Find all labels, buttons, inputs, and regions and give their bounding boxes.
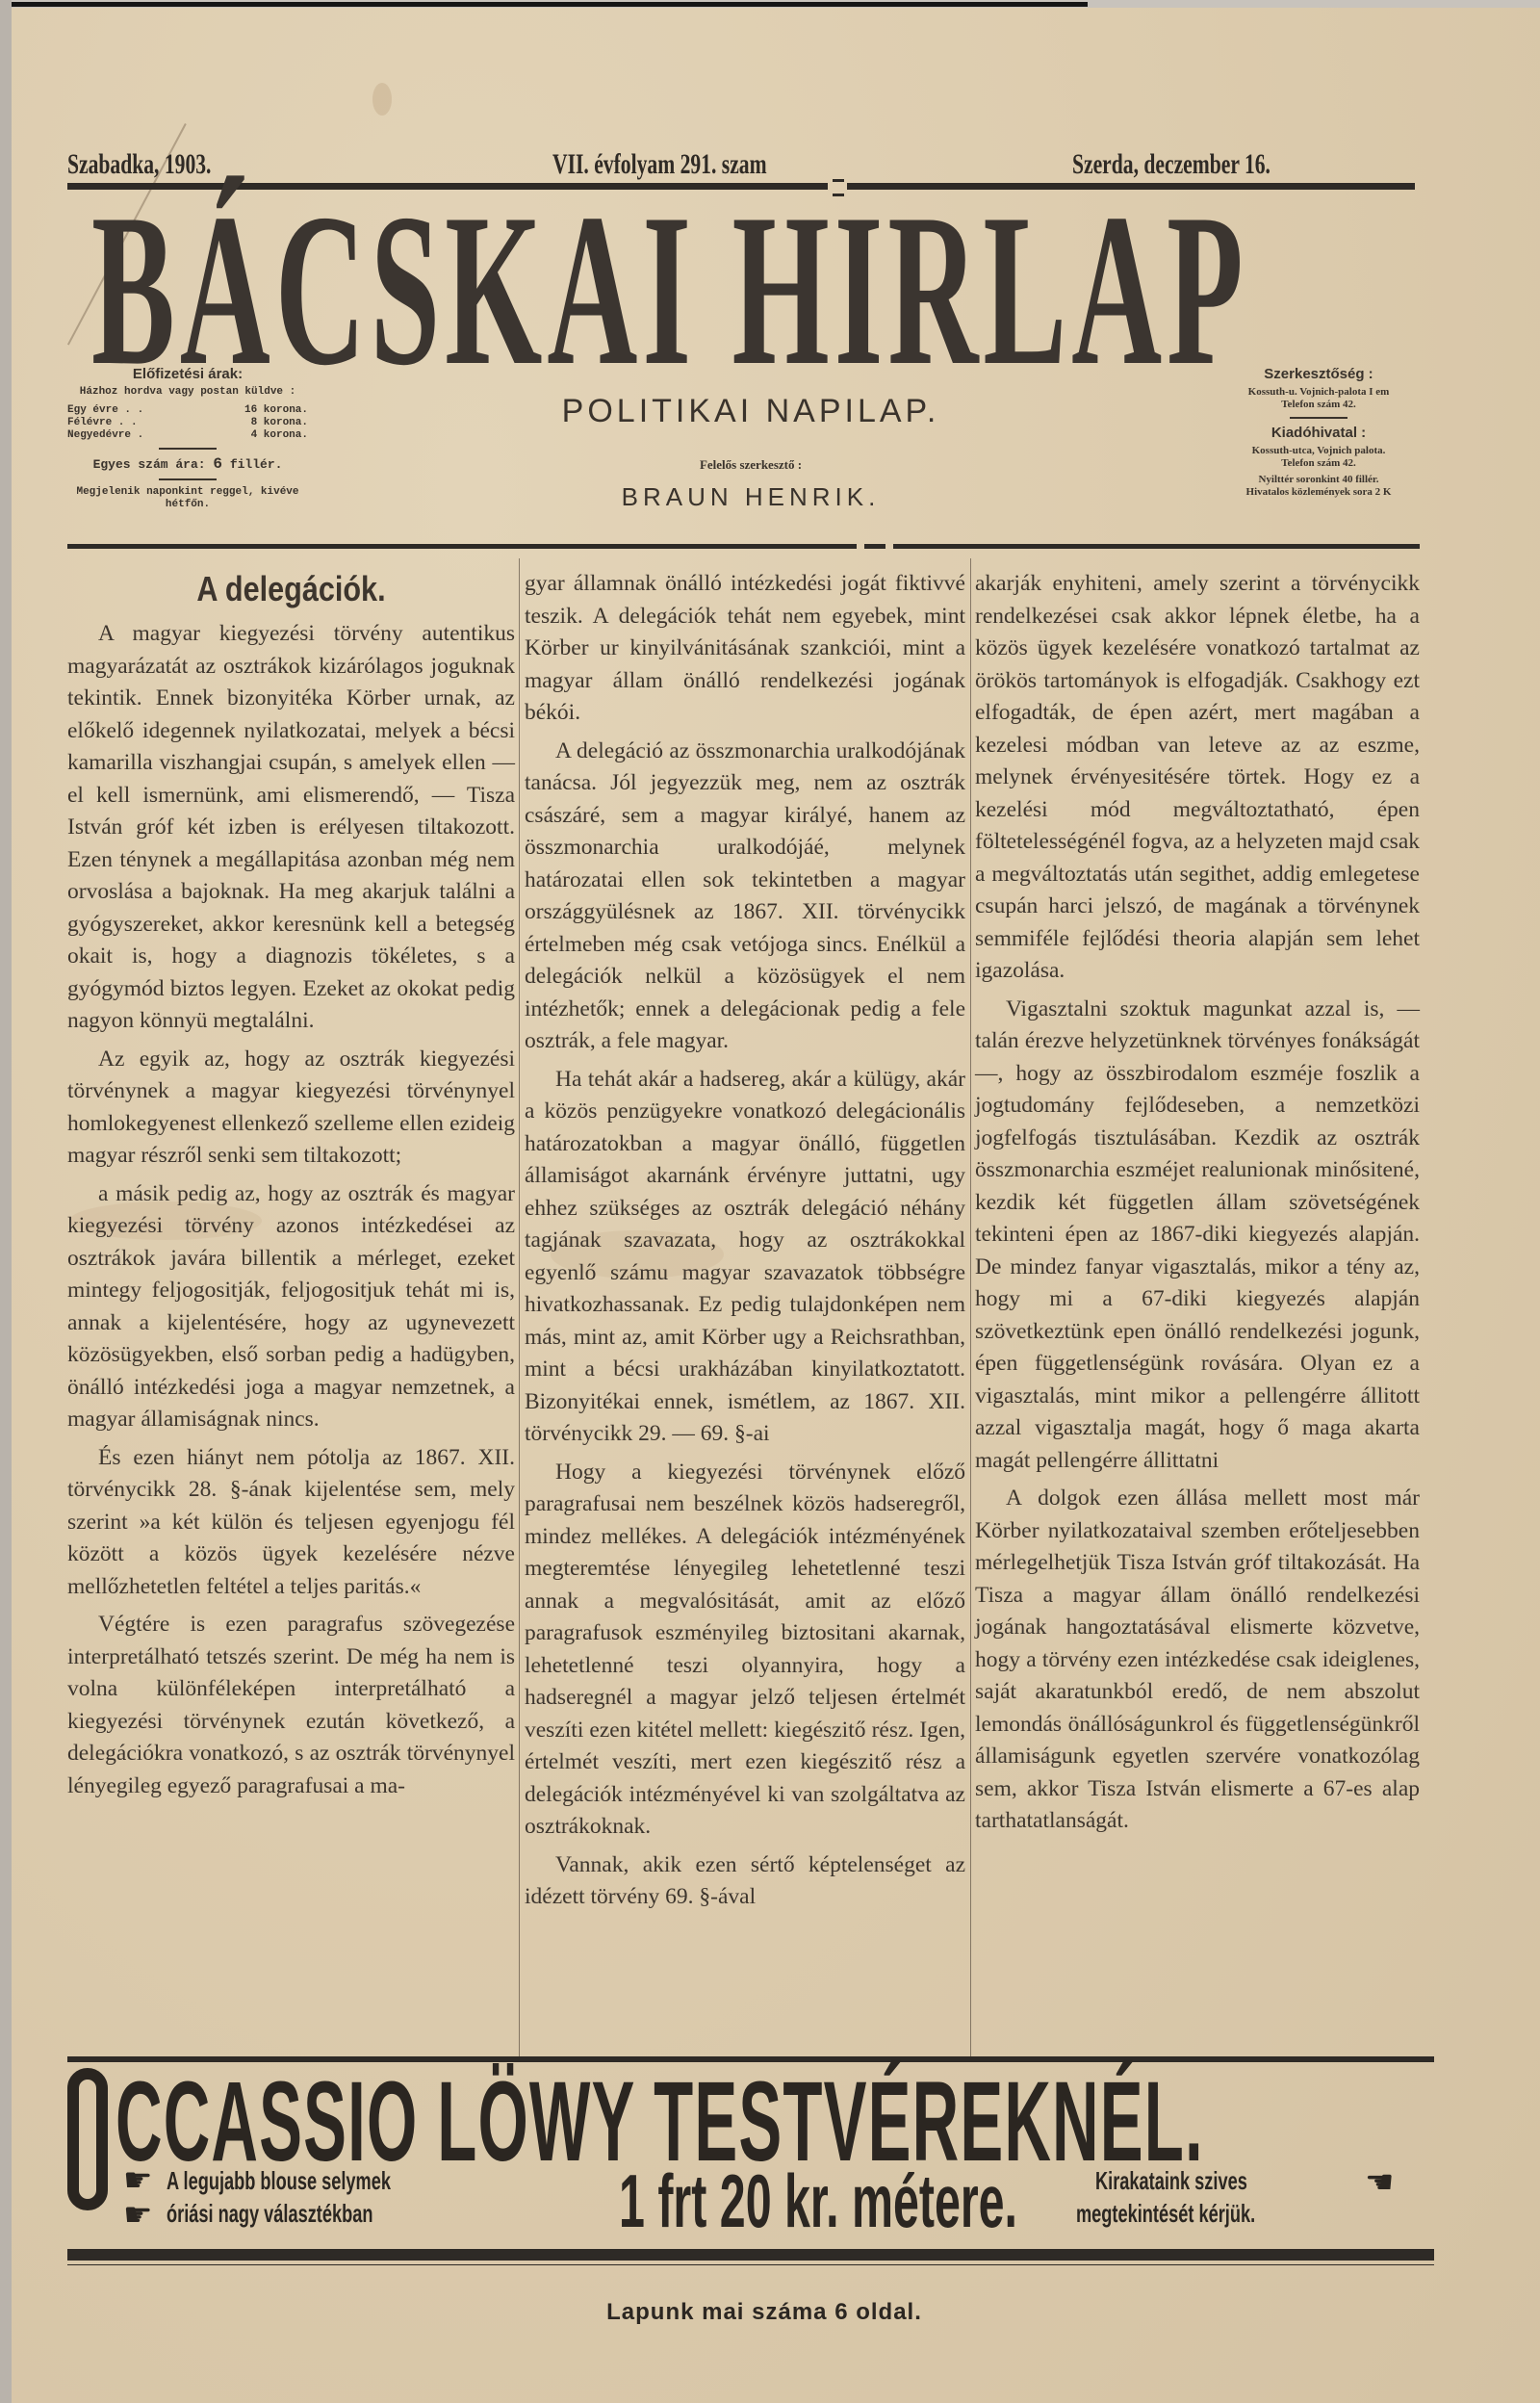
price-row: Félévre . .8 korona. bbox=[67, 417, 308, 429]
article-column-3: akarják enyhiteni, amely szerint a törvé… bbox=[975, 568, 1420, 1844]
publisher-phone: Telefon szám 42. bbox=[1198, 457, 1439, 470]
single-issue-unit: fillér. bbox=[230, 457, 283, 472]
issue-page-count: Lapunk mai száma 6 oldal. bbox=[0, 2299, 1528, 2326]
ad-left-line-1: A legujabb blouse selymek bbox=[167, 2166, 391, 2195]
scan-border-top bbox=[0, 0, 1540, 8]
ad-detail-row: ☛ ☛ A legujabb blouse selymek óriási nag… bbox=[123, 2164, 1432, 2232]
subscription-delivery: Házhoz hordva vagy postan küldve : bbox=[67, 386, 308, 399]
article-paragraph: Hogy a kiegyezési törvénynek előző parag… bbox=[525, 1457, 965, 1844]
ad-price: 1 frt 20 kr. métere. bbox=[619, 2162, 1017, 2239]
masthead-rule-left bbox=[67, 544, 857, 549]
price-value: 4 korona. bbox=[251, 429, 308, 442]
price-list: Egy évre . .16 korona. Félévre . .8 koro… bbox=[67, 404, 308, 442]
column-divider bbox=[519, 558, 520, 2060]
ad-right-line-1: Kirakataink szives bbox=[1095, 2166, 1247, 2195]
price-row: Negyedévre .4 korona. bbox=[67, 429, 308, 442]
paper-stain bbox=[372, 83, 392, 116]
price-value: 8 korona. bbox=[251, 417, 308, 429]
scan-border-bar bbox=[0, 2, 1088, 7]
divider bbox=[1290, 417, 1347, 419]
ad-bottom-rule bbox=[67, 2249, 1434, 2261]
masthead-center: POLITIKAI NAPILAP. Felelős szerkesztő : … bbox=[472, 393, 1030, 512]
ad-right-line-2: megtekintését kérjük. bbox=[1076, 2199, 1255, 2228]
editorial-address: Kossuth-u. Vojnich-palota I em bbox=[1198, 386, 1439, 399]
article-paragraph: Vigasztalni szoktuk magunkat azzal is, —… bbox=[975, 994, 1420, 1478]
article-paragraph: Az egyik az, hogy az osztrák kiegyezési … bbox=[67, 1044, 515, 1173]
masthead-rule-ornament bbox=[864, 544, 885, 549]
subscription-heading: Előfizetési árak: bbox=[67, 366, 308, 382]
article-paragraph: És ezen hiányt nem pótolja az 1867. XII.… bbox=[67, 1442, 515, 1604]
price-period: Félévre . . bbox=[67, 417, 138, 429]
pointing-hand-left-icon: ☚ bbox=[1365, 2166, 1394, 2199]
column-divider bbox=[970, 558, 971, 2060]
price-period: Negyedévre . bbox=[67, 429, 143, 442]
ad-bottom-thin-rule bbox=[67, 2264, 1434, 2265]
contact-box: Szerkesztőség : Kossuth-u. Vojnich-palot… bbox=[1198, 366, 1439, 499]
scan-border-left bbox=[0, 0, 12, 2403]
publication-schedule: Megjelenik naponkint reggel, kivéve hétf… bbox=[67, 486, 308, 511]
masthead-rule-right bbox=[893, 544, 1420, 549]
masthead-subtitle: POLITIKAI NAPILAP. bbox=[472, 393, 1030, 430]
ad-big-initial-o bbox=[67, 2068, 108, 2210]
editor-name: BRAUN HENRIK. bbox=[472, 482, 1030, 512]
pointing-hand-right-icon: ☛ bbox=[123, 2164, 152, 2197]
nyillter-rate: Nyilttér soronkint 40 fillér. bbox=[1198, 474, 1439, 486]
article-paragraph: a másik pedig az, hogy az osztrák és mag… bbox=[67, 1178, 515, 1436]
subscription-box: Előfizetési árak: Házhoz hordva vagy pos… bbox=[67, 366, 308, 511]
article-paragraph: gyar államnak önálló intézkedési jogát f… bbox=[525, 568, 965, 730]
single-issue-label: Egyes szám ára: bbox=[93, 457, 206, 472]
article-paragraph: akarják enyhiteni, amely szerint a törvé… bbox=[975, 568, 1420, 988]
article-column-2: gyar államnak önálló intézkedési jogát f… bbox=[525, 568, 965, 1920]
article-paragraph: A delegáció az összmonarchia uralkodóján… bbox=[525, 736, 965, 1058]
publisher-heading: Kiadóhivatal : bbox=[1198, 425, 1439, 441]
editorial-phone: Telefon szám 42. bbox=[1198, 399, 1439, 411]
price-period: Egy évre . . bbox=[67, 404, 143, 417]
article-paragraph: Vannak, akik ezen sértő képtelenséget az… bbox=[525, 1849, 965, 1914]
publisher-address: Kossuth-utca, Vojnich palota. bbox=[1198, 445, 1439, 457]
article-paragraph: A magyar kiegyezési törvény autentikus m… bbox=[67, 618, 515, 1038]
advertisement: CCASSIO LÖWY TESTVÉREKNÉL. ☛ ☛ A legujab… bbox=[67, 2068, 1434, 2241]
article-column-1: A delegációk. A magyar kiegyezési törvén… bbox=[67, 568, 515, 1808]
ad-left-line-2: óriási nagy választékban bbox=[167, 2199, 372, 2228]
article-paragraph: Végtére is ezen paragrafus szövegezése i… bbox=[67, 1609, 515, 1802]
article-paragraph: A dolgok ezen állása mellett most már Kö… bbox=[975, 1483, 1420, 1838]
divider bbox=[159, 448, 217, 450]
article-title: A delegációk. bbox=[101, 568, 481, 610]
masthead-title: BÁCSKAI HIRLAP bbox=[91, 207, 903, 374]
single-issue-amount: 6 bbox=[213, 455, 222, 473]
pointing-hand-right-icon: ☛ bbox=[123, 2199, 152, 2232]
editorial-heading: Szerkesztőség : bbox=[1198, 366, 1439, 382]
single-issue-price: Egyes szám ára: 6 fillér. bbox=[67, 455, 308, 473]
editor-label: Felelős szerkesztő : bbox=[472, 457, 1030, 473]
price-value: 16 korona. bbox=[244, 404, 308, 417]
divider bbox=[159, 478, 217, 480]
price-row: Egy évre . .16 korona. bbox=[67, 404, 308, 417]
official-notices-rate: Hivatalos közlemények sora 2 K bbox=[1198, 486, 1439, 499]
article-paragraph: Ha tehát akár a hadsereg, akár a külügy,… bbox=[525, 1064, 965, 1451]
